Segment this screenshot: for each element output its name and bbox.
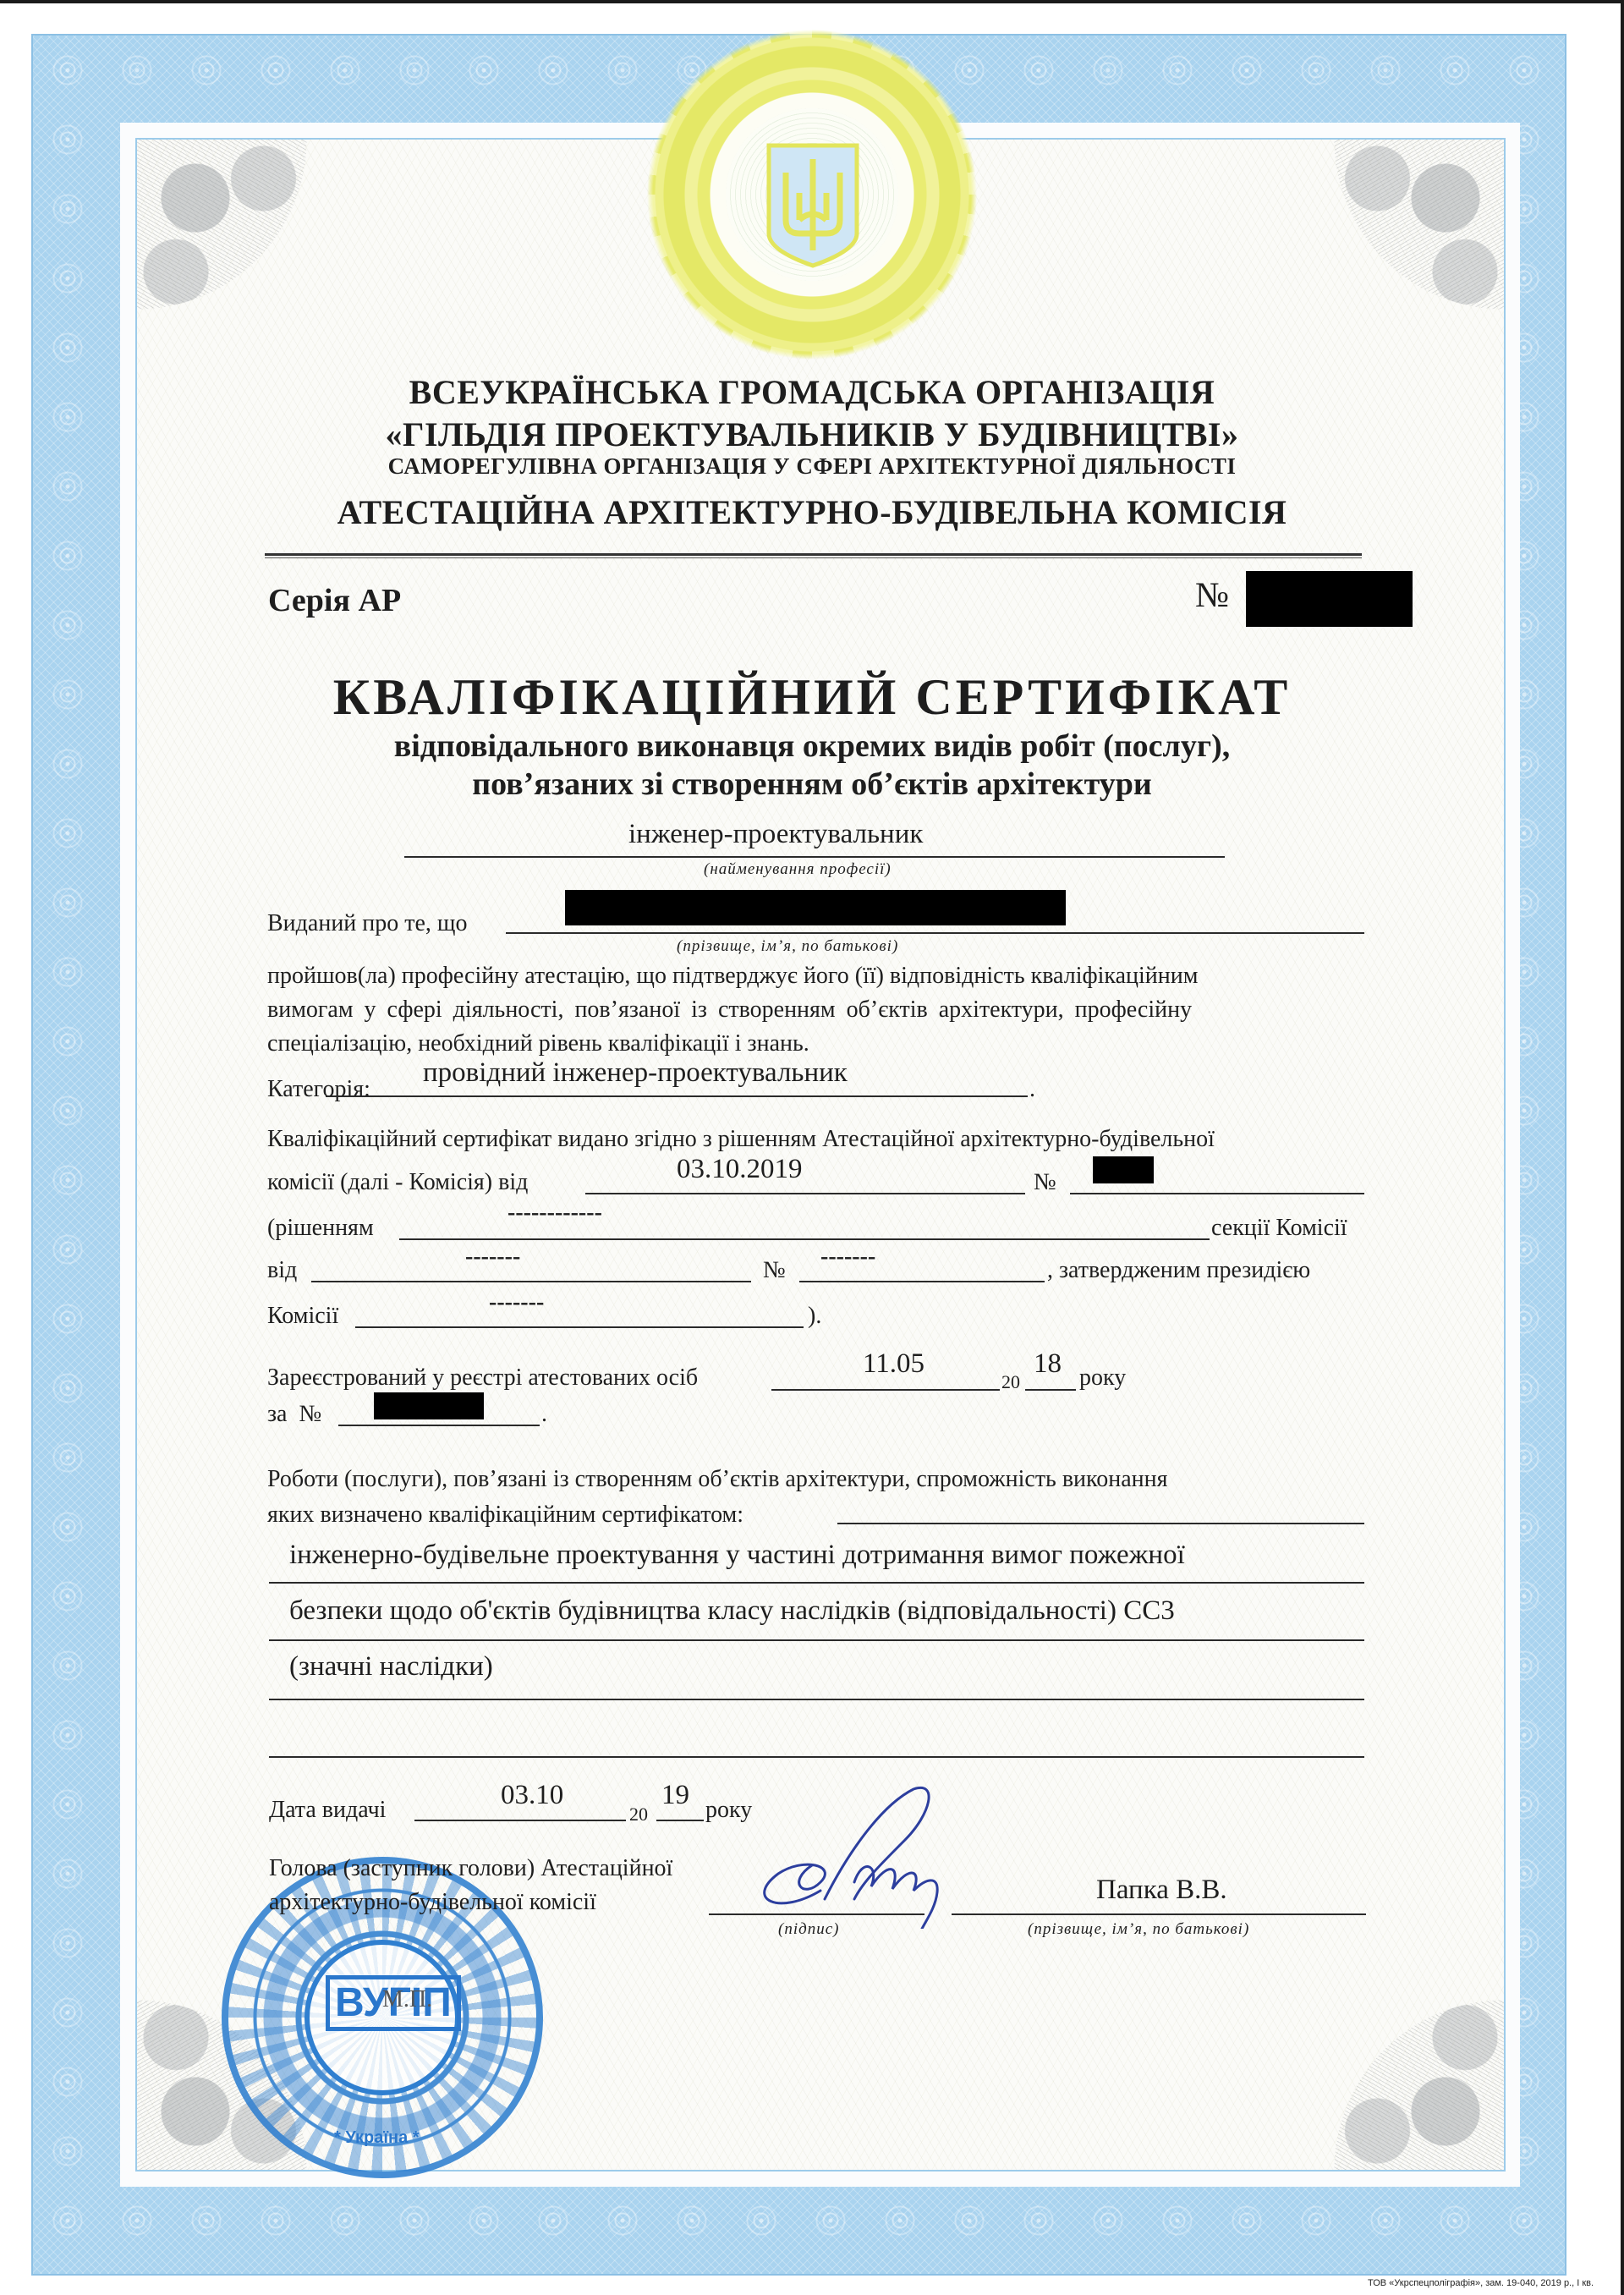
decision-date-line [585,1193,1025,1194]
approved-label: , затвердженим президією [1047,1257,1310,1284]
registry-number-redacted [374,1392,484,1419]
registry-number-label: за № [267,1401,321,1428]
profession-value: інженер-проектувальник [628,819,923,850]
section-label: (рішенням [267,1215,374,1242]
works-rule [269,1582,1364,1584]
decision-number-redacted [1093,1156,1154,1183]
from-line [311,1281,751,1282]
presidium-end: ). [808,1303,821,1330]
scan-edge [0,0,1624,3]
from-number-label: № [763,1257,786,1284]
presidium-value: ------- [489,1289,544,1316]
holder-hint: (прізвище, ім’я, по батькові) [677,937,898,956]
decision-date: 03.10.2019 [677,1154,803,1185]
holder-label: Виданий про те, що [267,910,468,937]
org-name-line1: ВСЕУКРАЇНСЬКА ГРОМАДСЬКА ОРГАНІЗАЦІЯ [0,372,1624,412]
registry-label: Зареєстрований у реєстрі атестованих осі… [267,1364,698,1392]
works-rule [269,1699,1364,1700]
holder-line [506,932,1364,934]
certificate-title: КВАЛІФІКАЦІЙНИЙ СЕРТИФІКАТ [0,668,1624,727]
corner-ornament [1309,1975,1504,2170]
works-rule [269,1639,1364,1641]
stamp-country: * Україна * [334,2128,420,2148]
section-end: секції Комісії [1211,1215,1347,1242]
scan-edge [1621,0,1624,2295]
signatory-role: Голова (заступник голови) Атестаційної [269,1855,672,1882]
attestation-text: пройшов(ла) професійну атестацію, що під… [267,963,1198,990]
from-value: ------- [465,1244,520,1271]
presidium-label: Комісії [267,1303,338,1330]
registry-year: 18 [1034,1348,1062,1380]
seal-label: М.П. [382,1986,432,2013]
issue-year-prefix: 20 [629,1797,648,1826]
certificate-subtitle: пов’язаних зі створенням об’єктів архіте… [0,766,1624,803]
registry-date-line [771,1389,1000,1391]
decision-commission-label: комісії (далі - Комісія) від [267,1169,528,1196]
issue-date-line [414,1820,626,1821]
works-line: (значні наслідки) [289,1651,493,1683]
header-divider [265,553,1362,556]
category-label: Категорія: [267,1076,370,1103]
works-intro: Роботи (послуги), пов’язані із створення… [267,1466,1167,1493]
works-intro-line [837,1523,1364,1524]
works-rule [269,1756,1364,1758]
registry-number-line [338,1425,540,1426]
attestation-text: спеціалізацію, необхідний рівень кваліфі… [267,1030,809,1057]
section-value: ------------ [507,1200,602,1227]
org-status: САМОРЕГУЛІВНА ОРГАНІЗАЦІЯ У СФЕРІ АРХІТЕ… [0,453,1624,480]
works-line: інженерно-будівельне проектування у част… [289,1540,1185,1571]
decision-number-label: № [1034,1169,1056,1196]
certificate-subtitle: відповідального виконавця окремих видів … [0,727,1624,765]
commission-name: АТЕСТАЦІЙНА АРХІТЕКТУРНО-БУДІВЕЛЬНА КОМІ… [0,492,1624,532]
works-line: безпеки щодо об'єктів будівництва класу … [289,1595,1175,1627]
from-number-value: ------- [820,1244,875,1271]
ukraine-trident-icon [765,142,860,269]
registry-year-prefix: 20 [1001,1364,1020,1393]
attestation-text: вимогам у сфері діяльності, пов’язаної і… [267,997,1192,1024]
header-divider [265,557,1362,558]
presidium-line [355,1326,804,1328]
issue-date: 03.10 [501,1780,563,1811]
series-label: Серія АР [268,582,401,619]
number-label: № [1195,575,1229,616]
corner-ornament [1309,140,1504,334]
registry-period: . [541,1401,547,1428]
decision-number-line [1070,1193,1364,1194]
registry-year-line [1025,1389,1076,1391]
profession-line [404,856,1225,858]
issue-year-line [656,1820,704,1821]
printer-imprint: ТОВ «Укрспецполіграфія», зам. 19-040, 20… [1368,2278,1594,2288]
signatory-name: Папка В.В. [1096,1875,1227,1906]
signatory-role: архітектурно-будівельної комісії [269,1889,596,1916]
issue-year: 19 [661,1780,689,1811]
category-line [326,1095,1028,1097]
decision-text: Кваліфікаційний сертифікат видано згідно… [267,1126,1215,1153]
section-line [399,1238,1210,1240]
signatory-name-hint: (прізвище, ім’я, по батькові) [1028,1920,1249,1939]
works-intro: яких визначено кваліфікаційним сертифіка… [267,1502,743,1529]
registry-year-word: року [1079,1364,1126,1392]
holder-name-redacted [565,890,1066,925]
registry-date: 11.05 [863,1348,924,1380]
corner-ornament [137,140,332,334]
profession-hint: (найменування професії) [704,860,892,879]
signatory-name-line [952,1913,1366,1915]
issue-date-label: Дата видачі [269,1797,386,1824]
from-number-line [799,1281,1045,1282]
category-period: . [1029,1076,1035,1103]
org-name-line2: «ГІЛЬДІЯ ПРОЕКТУВАЛЬНИКІВ У БУДІВНИЦТВІ» [0,415,1624,454]
certificate-number-redacted [1246,571,1413,627]
signature-icon [744,1781,973,1929]
from-label: від [267,1257,297,1284]
category-value: провідний інженер-проектувальник [423,1057,848,1089]
